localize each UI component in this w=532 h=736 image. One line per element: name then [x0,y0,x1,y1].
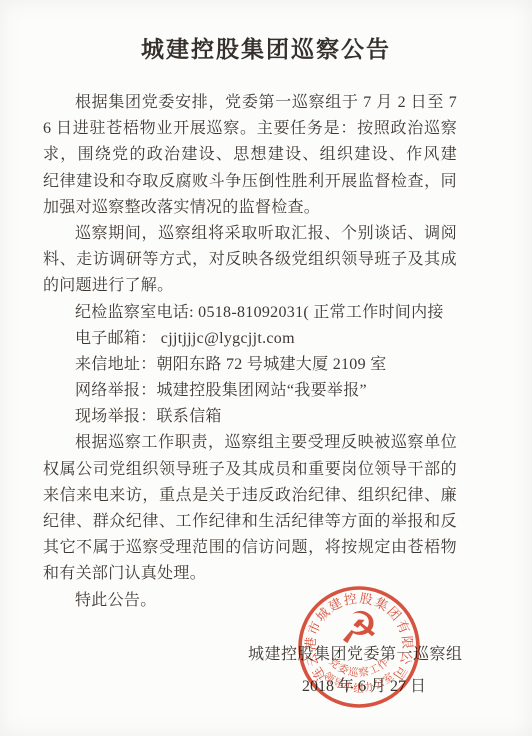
announcement-document: 城建控股集团巡察公告 根据集团党委安排，党委第一巡察组于 7 月 2 日至 7 … [0,0,532,736]
seal-middle-text: 党委巡察工作 [326,655,391,680]
body-line: 权属公司党组织领导班子及其成员和重要岗位领导干部的 [43,457,457,483]
body-line: 其它不属于巡察受理范围的信访问题，将按规定由苍梧物业 [43,535,457,561]
document-body: 根据集团党委安排，党委第一巡察组于 7 月 2 日至 7 月 6 日进驻苍梧物业… [43,90,457,614]
contact-email: 电子邮箱： cjjtjjjc@lygcjjt.com [43,326,457,352]
body-line: 根据集团党委安排，党委第一巡察组于 7 月 2 日至 7 月 [43,90,457,116]
body-line: 的问题进行了解。 [43,273,457,299]
official-seal: 连云港市城建控股集团有限公司 ☭ 党委巡察工作 领导小组办公室 [287,575,431,719]
body-line: 纪律建设和夺取反腐败斗争压倒性胜利开展监督检查，同时 [43,169,457,195]
body-line: 6 日进驻苍梧物业开展巡察。主要任务是：按照政治巡察要 [43,116,457,142]
body-line: 来信来电来访，重点是关于违反政治纪律、组织纪律、廉洁 [43,483,457,509]
body-line: 加强对巡察整改落实情况的监督检查。 [43,195,457,221]
hammer-sickle-icon: ☭ [339,603,378,654]
contact-onsite-report: 现场举报：联系信箱 [43,404,457,430]
contact-address: 来信地址：朝阳东路 72 号城建大厦 2109 室 [43,352,457,378]
body-line: 求，围绕党的政治建设、思想建设、组织建设、作风建设、 [43,142,457,168]
seal-middle-text-shape: 党委巡察工作 [326,655,391,680]
body-line: 巡察期间，巡察组将采取听取汇报、个别谈话、调阅资 [43,221,457,247]
body-line: 根据巡察工作职责，巡察组主要受理反映被巡察单位及 [43,430,457,456]
body-line: 纪律、群众纪律、工作纪律和生活纪律等方面的举报和反映。 [43,509,457,535]
contact-web-report: 网络举报：城建控股集团网站“我要举报” [43,378,457,404]
body-line: 料、走访调研等方式，对反映各级党组织领导班子及其成员 [43,247,457,273]
page-title: 城建控股集团巡察公告 [0,31,532,64]
contact-phone: 纪检监察室电话: 0518-81092031( 正常工作时间内接听 ) [43,300,457,326]
